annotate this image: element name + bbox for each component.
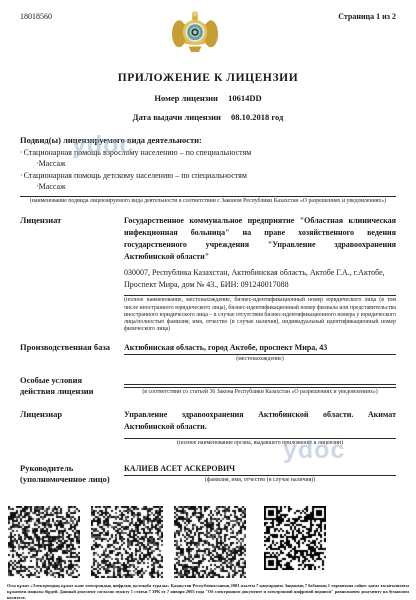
blank-value-line [124,384,396,388]
head-value-block: КАЛИЕВ АСЕТ АСКЕРОВИЧ (фамилия, имя, отч… [124,463,396,484]
licensee-value-block: Государственное коммунальное предприятие… [124,215,396,333]
license-date-label: Дата выдачи лицензии [133,112,221,122]
subtype-child-label: Массаж [39,182,66,191]
datamatrix-barcode [174,506,246,578]
licensor-value-block: Управление здравоохранения Актюбинской о… [124,409,396,447]
head-label: Руководитель (уполномоченное лицо) [20,463,115,485]
list-item: ·Массаж [36,182,396,191]
list-item: ·Массаж [36,159,396,168]
license-appendix-page: 18018560 Страница 1 из 2 [0,0,416,600]
datamatrix-barcode [8,506,80,578]
divider [124,438,396,439]
license-number-line: Номер лицензии 10614DD [20,93,396,103]
bullet-icon: · [20,148,23,157]
subtype-child-label: Массаж [39,159,66,168]
licensor-label: Лицензиар [20,409,115,420]
kazakhstan-emblem-icon [171,10,219,56]
legal-footnote: Осы құжат «Электрондық құжат және электр… [7,583,409,600]
production-base-value-block: Актюбинская область, город Актобе, просп… [124,342,396,363]
special-conditions-caption: (в соответствии со статьей 36 Закона Рес… [124,389,396,396]
licensee-label: Лицензиат [20,215,115,226]
qr-code [264,506,326,570]
licensor-row: Лицензиар Управление здравоохранения Акт… [20,409,396,447]
head-label-line2: (уполномоченное лицо) [20,474,115,485]
list-item: ·Стационарная помощь детскому населению … [20,171,396,181]
page-indicator: Страница 1 из 2 [338,10,396,21]
document-content: 18018560 Страница 1 из 2 [0,0,416,485]
licensee-address: 030007, Республика Казахстан, Актюбинска… [124,267,396,290]
subtypes-heading: Подвид(ы) лицензируемого вида деятельнос… [20,135,396,145]
special-conditions-value-block: (в соответствии со статьей 36 Закона Рес… [124,375,396,396]
license-date-value: 08.10.2018 год [231,112,283,122]
document-id: 18018560 [20,10,52,21]
licensee-name: Государственное коммунальное предприятие… [124,215,396,263]
document-header: 18018560 Страница 1 из 2 [20,10,396,60]
licensor-caption: (полное наименование органа, выдавшего п… [124,440,396,447]
datamatrix-barcode [91,506,163,578]
head-caption: (фамилия, имя, отчество (в случае наличи… [124,477,396,484]
divider [20,196,396,197]
head-label-line1: Руководитель [20,463,115,474]
production-base-caption: (местонахождение) [124,356,396,363]
barcode-row [0,506,416,580]
license-number-label: Номер лицензии [154,93,218,103]
production-base-value: Актюбинская область, город Актобе, просп… [124,342,396,355]
licensee-row: Лицензиат Государственное коммунальное п… [20,215,396,333]
special-conditions-label: Особые условия действия лицензии [20,375,115,397]
subtype-label: Стационарная помощь детскому населению –… [24,171,247,180]
license-date-line: Дата выдачи лицензии 08.10.2018 год [20,112,396,122]
head-name-value: КАЛИЕВ АСЕТ АСКЕРОВИЧ [124,463,396,476]
production-base-label: Производственная база [20,342,115,353]
head-row: Руководитель (уполномоченное лицо) КАЛИЕ… [20,463,396,485]
production-base-row: Производственная база Актюбинская област… [20,342,396,363]
list-item: ·Стационарная помощь взрослому населению… [20,148,396,158]
special-conditions-row: Особые условия действия лицензии (в соот… [20,375,396,397]
subtypes-section: Подвид(ы) лицензируемого вида деятельнос… [20,135,396,205]
subtype-label: Стационарная помощь взрослому населению … [24,148,252,157]
licensee-caption: (полное наименование, местонахождение, б… [124,297,396,333]
license-number-value: 10614DD [228,93,262,103]
document-title: ПРИЛОЖЕНИЕ К ЛИЦЕНЗИИ [20,72,396,84]
bullet-icon: · [20,171,23,180]
subtypes-caption: (наименование подвида лицензируемого вид… [28,198,389,205]
licensor-value: Управление здравоохранения Актюбинской о… [124,409,396,433]
